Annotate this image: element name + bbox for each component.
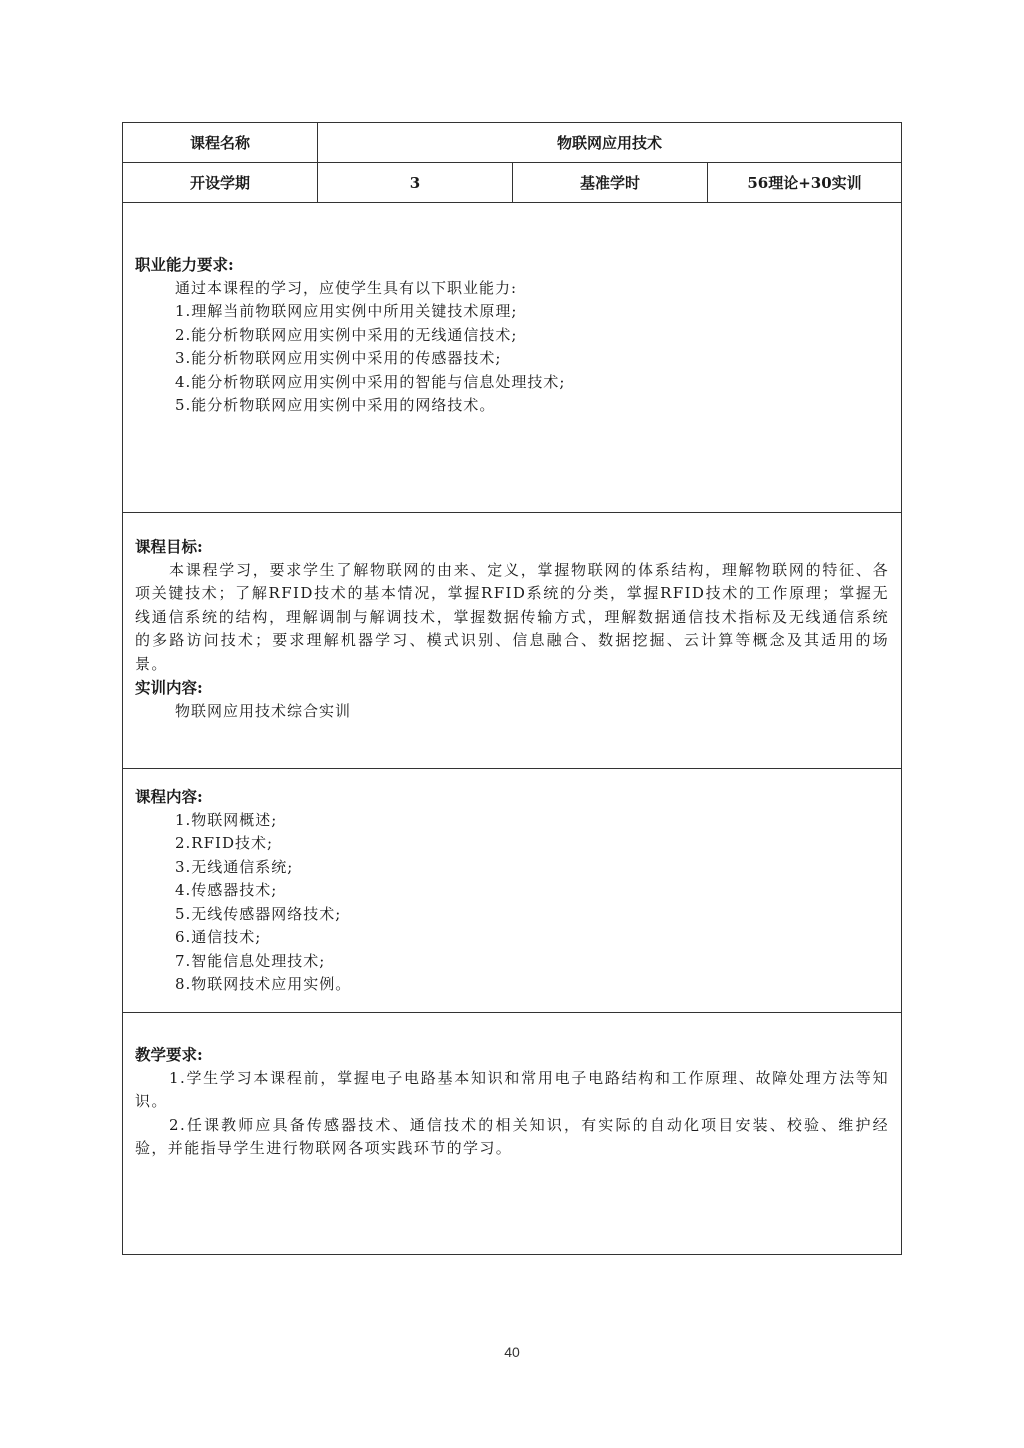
vocational-title: 职业能力要求: xyxy=(135,253,889,277)
content-item: 8.物联网技术应用实例。 xyxy=(135,973,889,997)
course-name-row: 课程名称 物联网应用技术 xyxy=(123,123,901,163)
teaching-title: 教学要求: xyxy=(135,1043,889,1067)
course-name-label: 课程名称 xyxy=(123,123,318,162)
objectives-section: 课程目标: 本课程学习，要求学生了解物联网的由来、定义，掌握物联网的体系结构，理… xyxy=(123,513,901,769)
content-item: 6.通信技术; xyxy=(135,926,889,950)
training-text: 物联网应用技术综合实训 xyxy=(135,700,889,724)
content-item: 7.智能信息处理技术; xyxy=(135,950,889,974)
content-item: 5.无线传感器网络技术; xyxy=(135,903,889,927)
hours-label: 基准学时 xyxy=(513,163,708,202)
course-name-value: 物联网应用技术 xyxy=(318,123,901,162)
vocational-item: 5.能分析物联网应用实例中采用的网络技术。 xyxy=(135,394,889,418)
vocational-section: 职业能力要求: 通过本课程的学习，应使学生具有以下职业能力: 1.理解当前物联网… xyxy=(123,203,901,513)
vocational-intro: 通过本课程的学习，应使学生具有以下职业能力: xyxy=(135,277,889,301)
vocational-item: 4.能分析物联网应用实例中采用的智能与信息处理技术; xyxy=(135,371,889,395)
content-item: 4.传感器技术; xyxy=(135,879,889,903)
content-item: 2.RFID技术; xyxy=(135,832,889,856)
content-item: 1.物联网概述; xyxy=(135,809,889,833)
vocational-item: 3.能分析物联网应用实例中采用的传感器技术; xyxy=(135,347,889,371)
semester-value: 3 xyxy=(318,163,513,202)
teaching-item: 2.任课教师应具备传感器技术、通信技术的相关知识，有实际的自动化项目安装、校验、… xyxy=(135,1114,889,1161)
content-item: 3.无线通信系统; xyxy=(135,856,889,880)
semester-row: 开设学期 3 基准学时 56理论+30实训 xyxy=(123,163,901,203)
vocational-item: 2.能分析物联网应用实例中采用的无线通信技术; xyxy=(135,324,889,348)
teaching-section: 教学要求: 1.学生学习本课程前，掌握电子电路基本知识和常用电子电路结构和工作原… xyxy=(123,1013,901,1254)
content-section: 课程内容: 1.物联网概述; 2.RFID技术; 3.无线通信系统; 4.传感器… xyxy=(123,769,901,1013)
teaching-item: 1.学生学习本课程前，掌握电子电路基本知识和常用电子电路结构和工作原理、故障处理… xyxy=(135,1067,889,1114)
hours-value: 56理论+30实训 xyxy=(708,163,901,202)
course-table: 课程名称 物联网应用技术 开设学期 3 基准学时 56理论+30实训 职业能力要… xyxy=(122,122,902,1255)
semester-label: 开设学期 xyxy=(123,163,318,202)
training-title: 实训内容: xyxy=(135,676,889,700)
objectives-text: 本课程学习，要求学生了解物联网的由来、定义，掌握物联网的体系结构，理解物联网的特… xyxy=(135,559,889,677)
content-title: 课程内容: xyxy=(135,785,889,809)
objectives-title: 课程目标: xyxy=(135,535,889,559)
vocational-item: 1.理解当前物联网应用实例中所用关键技术原理; xyxy=(135,300,889,324)
page-number: 40 xyxy=(0,1344,1024,1360)
